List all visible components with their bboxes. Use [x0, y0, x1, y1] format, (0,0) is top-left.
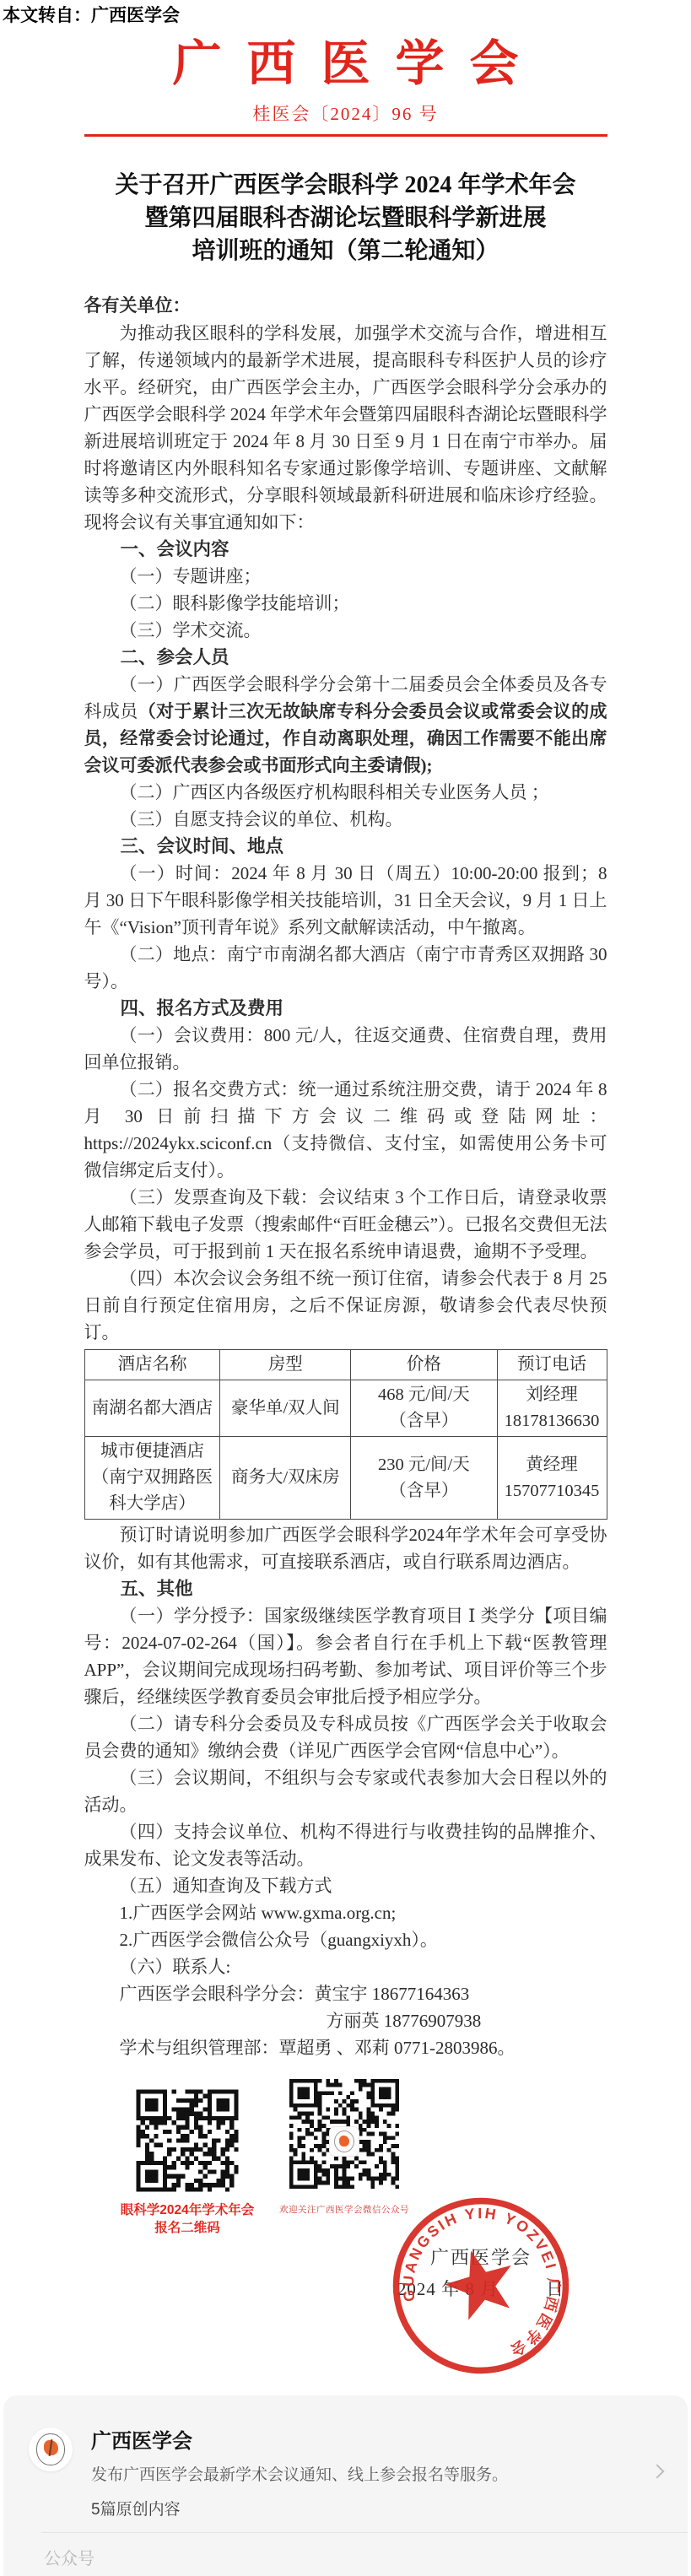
section-5-item-1: （一）学分授予：国家级继续医学教育项目 Ⅰ 类学分【项目编号：2024-07-0…: [84, 1602, 607, 1710]
contact-line-2: 方丽英 18776907938: [84, 2007, 607, 2034]
document-number: 桂医会〔2024〕96 号: [0, 103, 691, 125]
hotel-table-header-roomtype: 房型: [220, 1350, 351, 1380]
notice-title-line1: 关于召开广西医学会眼科学 2024 年学术年会: [76, 169, 616, 202]
after-table-paragraph: 预订时请说明参加广西医学会眼科学2024年学术年会可享受协议价，如有其他需求，可…: [84, 1521, 607, 1575]
hotel-2-roomtype: 商务大/双床房: [220, 1437, 351, 1520]
section-2-item-2: （二）广西区内各级医疗机构眼科相关专业医务人员 ；: [84, 779, 607, 806]
hotel-1-roomtype: 豪华单/双人间: [220, 1380, 351, 1437]
section-4-item-2: （二）报名交费方式：统一通过系统注册交费，请于 2024 年 8 月 30 日前…: [84, 1076, 607, 1184]
letterhead: 广西医学会 桂医会〔2024〕96 号: [0, 34, 691, 137]
hotel-table-header-row: 酒店名称 房型 价格 预订电话: [84, 1350, 607, 1380]
account-type-label: 公众号: [44, 2545, 94, 2569]
section-3-item-2: （二）地点：南宁市南湖名都大酒店（南宁市青秀区双拥路 30 号）。: [84, 941, 607, 995]
registration-qr-code: [132, 2085, 243, 2196]
hotel-table-header-price: 价格: [351, 1350, 497, 1380]
section-5-item-5: （五）通知查询及下载方式: [84, 1872, 607, 1899]
association-logo-icon: [330, 2127, 359, 2156]
notice-title-line3: 培训班的通知（第二轮通知）: [76, 235, 616, 267]
letterhead-rule: [84, 134, 607, 137]
section-1-item-1: （一）专题讲座；: [84, 563, 607, 590]
section-1-heading: 一、会议内容: [84, 536, 607, 563]
section-4-item-3: （三）发票查询及下载：会议结束 3 个工作日后，请登录收票人邮箱下载电子发票（搜…: [84, 1184, 607, 1265]
contact-line-3: 学术与组织管理部：覃超勇 、邓莉 0771-2803986。: [84, 2034, 607, 2061]
wechat-qr-block: 欢迎关注广西医学会微信公众号: [268, 2075, 420, 2216]
section-3-heading: 三、会议时间、地点: [84, 833, 607, 860]
notice-title-line2: 暨第四届眼科杏湖论坛暨眼科学新进展: [76, 202, 616, 235]
hotel-table-header-name: 酒店名称: [84, 1350, 220, 1380]
registration-qr-caption: 眼科学2024年学术年会 报名二维码: [103, 2201, 272, 2237]
signature-area: 广西医学会 2024 年 8 月日 GUANGSIH YIH YOZVEI 广西…: [0, 2242, 691, 2384]
section-2-heading: 二、参会人员: [84, 644, 607, 671]
section-5-item-5-2: 2.广西医学会微信公众号（guangxiyxh）。: [84, 1926, 607, 1953]
section-4-item-4: （四）本次会议会务组不统一预订住宿，请参会代表于 8 月 25 日前自行预定住宿…: [84, 1265, 607, 1346]
hotel-2-phone: 黄经理 15707710345: [497, 1437, 607, 1520]
section-3-item-1: （一）时间：2024 年 8 月 30 日（周五）10:00-20:00 报到；…: [84, 860, 607, 941]
hotel-2-name: 城市便捷酒店（南宁双拥路医科大学店）: [84, 1437, 220, 1520]
contact-line-1: 广西医学会眼科学分会：黄宝宇 18677164363: [84, 1980, 607, 2007]
chevron-right-icon[interactable]: [651, 2465, 665, 2479]
notice-body: 各有关单位： 为推动我区眼科的学科发展，加强学术交流与合作，增进相互了解，传递领…: [84, 293, 607, 2061]
section-2-item-1: （一）广西医学会眼科学分会第十二届委员会全体委员及各专科成员（对于累计三次无故缺…: [84, 671, 607, 779]
qr-section: 眼科学2024年学术年会 报名二维码 欢迎关注广西医学会微信公众号: [0, 2073, 691, 2242]
section-5-item-4: （四）支持会议单位、机构不得进行与收费挂钩的品牌推介、成果发布、论文发表等活动。: [84, 1818, 607, 1872]
section-5-item-6: （六）联系人:: [84, 1953, 607, 1980]
salutation: 各有关单位：: [84, 293, 607, 320]
section-1-item-3: （三）学术交流。: [84, 617, 607, 644]
seal-star-icon: [438, 2241, 522, 2324]
official-account-card[interactable]: 广西医学会 发布广西医学会最新学术会议通知、线上参会报名等服务。 5篇原创内容 …: [3, 2395, 688, 2576]
account-avatar: [29, 2427, 73, 2471]
hotel-table-header-phone: 预订电话: [497, 1350, 607, 1380]
section-2-item-3: （三）自愿支持会议的单位、机构。: [84, 806, 607, 833]
hotel-1-price: 468 元/间/天 （含早）: [351, 1380, 497, 1437]
hotel-1-phone: 刘经理 18178136630: [497, 1380, 607, 1437]
registration-qr-block: 眼科学2024年学术年会 报名二维码: [103, 2085, 272, 2237]
intro-paragraph: 为推动我区眼科的学科发展，加强学术交流与合作，增进相互了解，传递领域内的最新学术…: [84, 320, 607, 536]
section-5-item-3: （三）会议期间，不组织与会专家或代表参加大会日程以外的活动。: [84, 1764, 607, 1818]
section-5-heading: 五、其他: [84, 1575, 607, 1602]
hotel-table: 酒店名称 房型 价格 预订电话 南湖名都大酒店 豪华单/双人间 468 元/间/…: [84, 1349, 607, 1520]
hotel-1-name: 南湖名都大酒店: [84, 1380, 220, 1437]
table-row: 南湖名都大酒店 豪华单/双人间 468 元/间/天 （含早） 刘经理 18178…: [84, 1380, 607, 1437]
registration-qr-caption-line1: 眼科学2024年学术年会: [103, 2201, 272, 2219]
section-5-item-2: （二）请专科分会委员及专科成员按《广西医学会关于收取会员会费的通知》缴纳会费（详…: [84, 1710, 607, 1764]
section-4-heading: 四、报名方式及费用: [84, 995, 607, 1022]
section-2-item-1-bold: （对于累计三次无故缺席专科分会委员会议或常委会议的成员，经常委会讨论通过，作自动…: [84, 701, 607, 775]
registration-qr-caption-line2: 报名二维码: [103, 2219, 272, 2237]
account-name: 广西医学会: [91, 2424, 192, 2454]
section-1-item-2: （二）眼科影像学技能培训；: [84, 590, 607, 617]
hotel-2-price: 230 元/间/天 （含早）: [351, 1437, 497, 1520]
letterhead-org-name: 广西医学会: [0, 34, 691, 95]
account-original-count: 5篇原创内容: [91, 2497, 181, 2519]
card-divider: [41, 2532, 688, 2533]
table-row: 城市便捷酒店（南宁双拥路医科大学店） 商务大/双床房 230 元/间/天 （含早…: [84, 1437, 607, 1520]
source-label: 本文转自：广西医学会: [0, 0, 691, 27]
notice-title: 关于召开广西医学会眼科学 2024 年学术年会 暨第四届眼科杏湖论坛暨眼科学新进…: [76, 169, 616, 267]
section-5-item-5-1: 1.广西医学会网站 www.gxma.org.cn;: [84, 1899, 607, 1926]
account-description: 发布广西医学会最新学术会议通知、线上参会报名等服务。: [91, 2462, 508, 2485]
section-4-item-1: （一）会议费用：800 元/人，往返交通费、住宿费自理，费用回单位报销。: [84, 1022, 607, 1076]
